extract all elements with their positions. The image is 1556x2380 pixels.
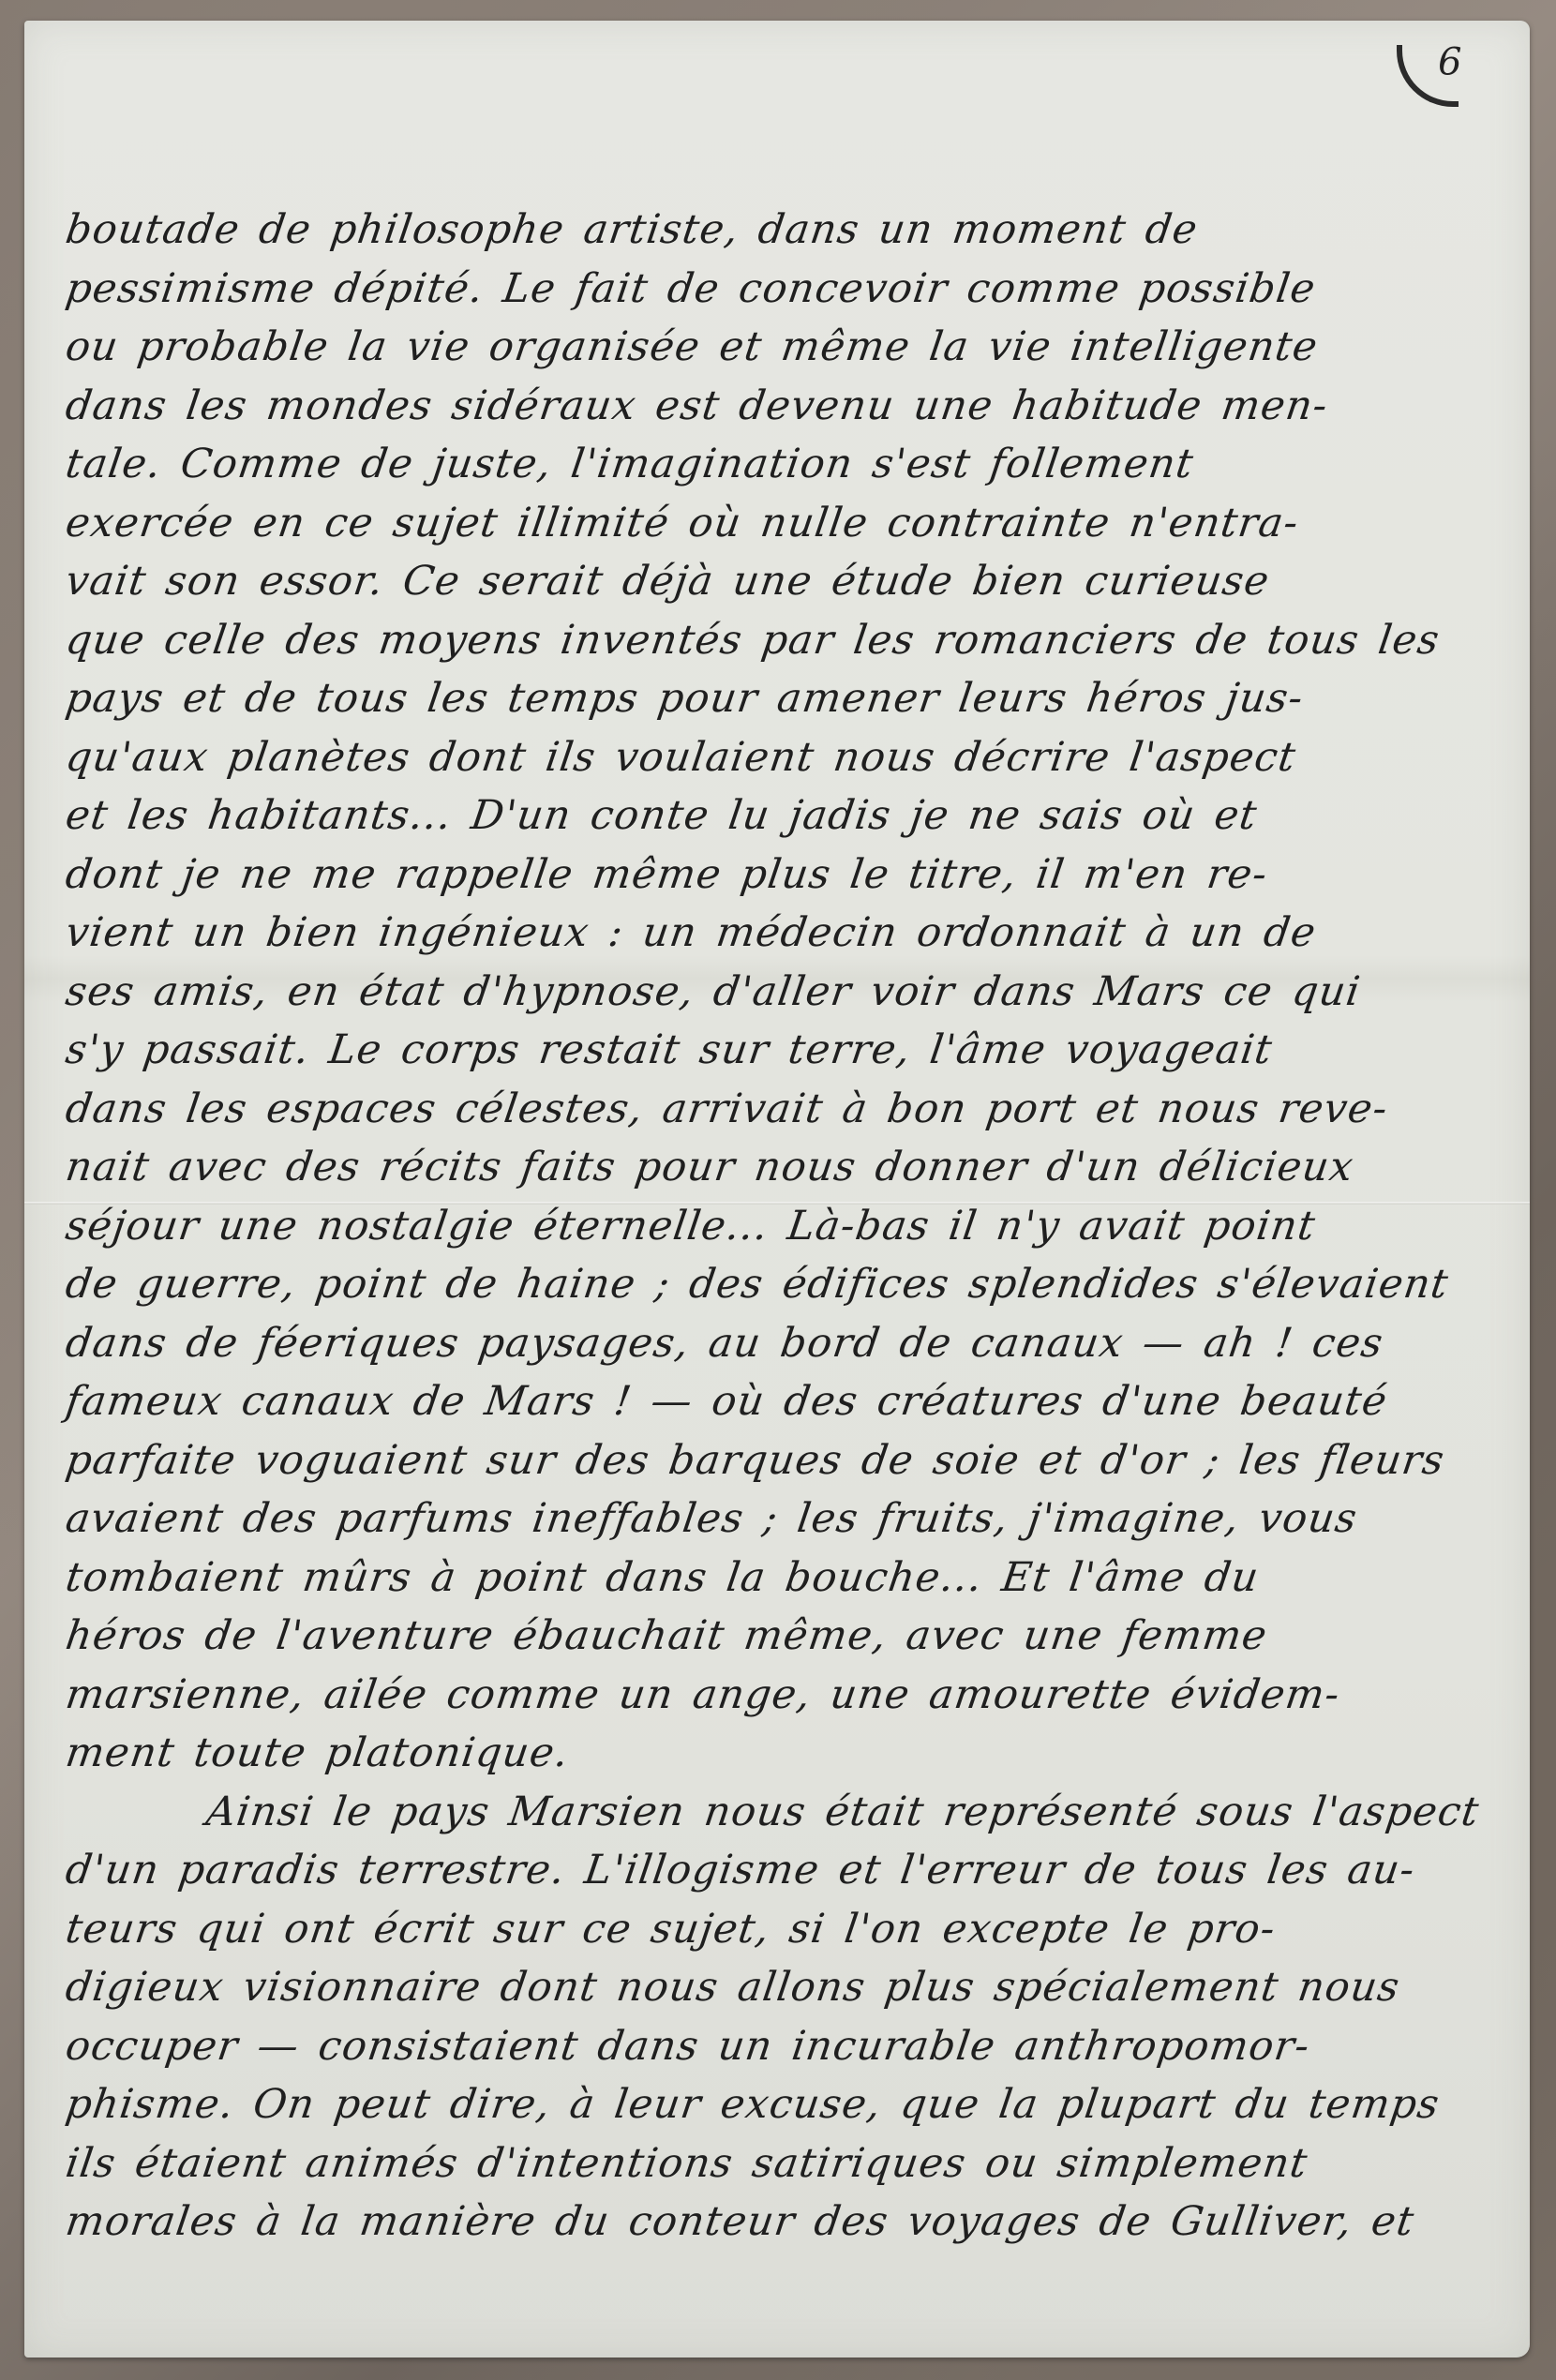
text-line: nait avec des récits faits pour nous don…: [62, 1138, 1514, 1197]
text-line: fameux canaux de Mars ! — où des créatur…: [62, 1372, 1514, 1431]
text-line: marsienne, ailée comme un ange, une amou…: [62, 1666, 1514, 1725]
page-number-value: 9: [1438, 37, 1461, 81]
text-line: tombaient mûrs à point dans la bouche...…: [62, 1549, 1514, 1608]
text-line: qu'aux planètes dont ils voulaient nous …: [62, 728, 1514, 787]
text-line: pessimisme dépité. Le fait de concevoir …: [62, 260, 1514, 319]
text-line: ils étaient animés d'intentions satiriqu…: [62, 2134, 1514, 2193]
manuscript-page: 9 boutade de philosophe artiste, dans un…: [24, 21, 1530, 2358]
text-line: boutade de philosophe artiste, dans un m…: [62, 201, 1514, 260]
text-line: dans les espaces célestes, arrivait à bo…: [62, 1080, 1514, 1139]
text-line: dont je ne me rappelle même plus le titr…: [62, 846, 1514, 905]
text-line: et les habitants... D'un conte lu jadis …: [62, 786, 1514, 846]
text-line: vait son essor. Ce serait déjà une étude…: [62, 552, 1514, 611]
text-line: exercée en ce sujet illimité où nulle co…: [62, 494, 1514, 553]
text-line: ment toute platonique.: [62, 1724, 1514, 1783]
text-line: parfaite voguaient sur des barques de so…: [62, 1431, 1514, 1490]
text-line: héros de l'aventure ébauchait même, avec…: [62, 1607, 1514, 1666]
text-line: morales à la manière du conteur des voya…: [62, 2193, 1514, 2252]
text-line: séjour une nostalgie éternelle... Là-bas…: [62, 1197, 1514, 1256]
text-line: pays et de tous les temps pour amener le…: [62, 669, 1514, 728]
text-line: ses amis, en état d'hypnose, d'aller voi…: [62, 963, 1514, 1022]
text-line: dans les mondes sidéraux est devenu une …: [62, 377, 1514, 436]
text-line: vient un bien ingénieux : un médecin ord…: [62, 904, 1514, 963]
text-line: de guerre, point de haine ; des édifices…: [62, 1255, 1514, 1314]
text-line: ou probable la vie organisée et même la …: [62, 318, 1514, 377]
text-line: teurs qui ont écrit sur ce sujet, si l'o…: [62, 1900, 1514, 1959]
handwritten-text-block: boutade de philosophe artiste, dans un m…: [62, 201, 1505, 2252]
text-line: digieux visionnaire dont nous allons plu…: [62, 1958, 1514, 2017]
paragraph-start-line: Ainsi le pays Marsien nous était représe…: [62, 1783, 1514, 1842]
text-line: que celle des moyens inventés par les ro…: [62, 611, 1514, 670]
text-line: phisme. On peut dire, à leur excuse, que…: [62, 2075, 1514, 2134]
text-line: avaient des parfums ineffables ; les fru…: [62, 1489, 1514, 1549]
text-line: occuper — consistaient dans un incurable…: [62, 2017, 1514, 2076]
text-line: tale. Comme de juste, l'imagination s'es…: [62, 435, 1514, 494]
text-line: dans de féeriques paysages, au bord de c…: [62, 1314, 1514, 1373]
text-line: d'un paradis terrestre. L'illogisme et l…: [62, 1841, 1514, 1900]
page-number: 9: [1397, 39, 1472, 105]
text-line: s'y passait. Le corps restait sur terre,…: [62, 1021, 1514, 1080]
